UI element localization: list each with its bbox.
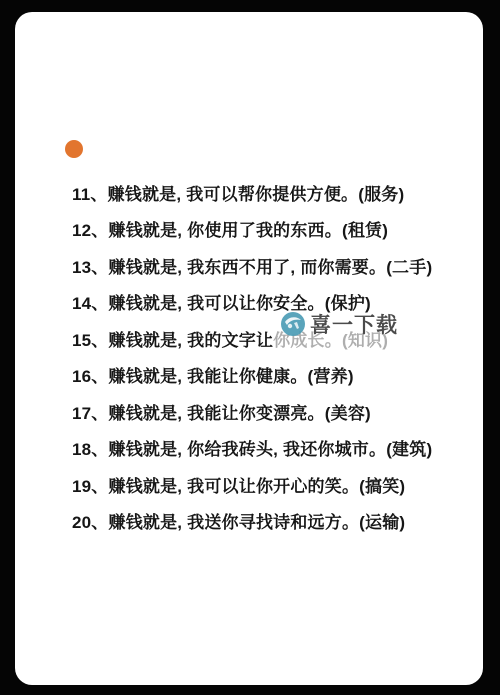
- list-item-text: 17、赚钱就是, 我能让你变漂亮。(美容): [72, 399, 371, 424]
- list-item: 20、赚钱就是, 我送你寻找诗和远方。(运输): [72, 503, 462, 540]
- list-item-text: 19、赚钱就是, 我可以让你开心的笑。(搞笑): [72, 472, 405, 497]
- list-item-text: 11、赚钱就是, 我可以帮你提供方便。(服务): [72, 180, 404, 205]
- list-item: 12、赚钱就是, 你使用了我的东西。(租赁): [72, 211, 462, 248]
- watermark-logo-icon: [281, 312, 305, 336]
- list-item-text: 16、赚钱就是, 我能让你健康。(营养): [72, 362, 354, 387]
- list-item-text: 13、赚钱就是, 我东西不用了, 而你需要。(二手): [72, 253, 432, 278]
- list-item: 17、赚钱就是, 我能让你变漂亮。(美容): [72, 393, 462, 430]
- list-item: 18、赚钱就是, 你给我砖头, 我还你城市。(建筑): [72, 430, 462, 467]
- list-item: 13、赚钱就是, 我东西不用了, 而你需要。(二手): [72, 247, 462, 284]
- watermark-label: 喜一下载: [310, 309, 398, 339]
- list-item-text: 18、赚钱就是, 你给我砖头, 我还你城市。(建筑): [72, 435, 432, 460]
- list-item-text: 15、赚钱就是, 我的文字让: [72, 326, 273, 351]
- image-frame: 11、赚钱就是, 我可以帮你提供方便。(服务) 12、赚钱就是, 你使用了我的东…: [0, 0, 500, 695]
- list-item-text: 20、赚钱就是, 我送你寻找诗和远方。(运输): [72, 508, 405, 533]
- quote-list: 11、赚钱就是, 我可以帮你提供方便。(服务) 12、赚钱就是, 你使用了我的东…: [72, 174, 462, 539]
- orange-bullet-dot: [65, 140, 83, 158]
- list-item: 15、赚钱就是, 我的文字让你成长。(知识): [72, 320, 462, 357]
- quote-card: 11、赚钱就是, 我可以帮你提供方便。(服务) 12、赚钱就是, 你使用了我的东…: [15, 12, 483, 685]
- list-item: 19、赚钱就是, 我可以让你开心的笑。(搞笑): [72, 466, 462, 503]
- watermark: 喜一下载: [281, 311, 398, 337]
- list-item: 11、赚钱就是, 我可以帮你提供方便。(服务): [72, 174, 462, 211]
- list-item: 14、赚钱就是, 我可以让你安全。(保护): [72, 284, 462, 321]
- list-item-text: 12、赚钱就是, 你使用了我的东西。(租赁): [72, 216, 388, 241]
- list-item: 16、赚钱就是, 我能让你健康。(营养): [72, 357, 462, 394]
